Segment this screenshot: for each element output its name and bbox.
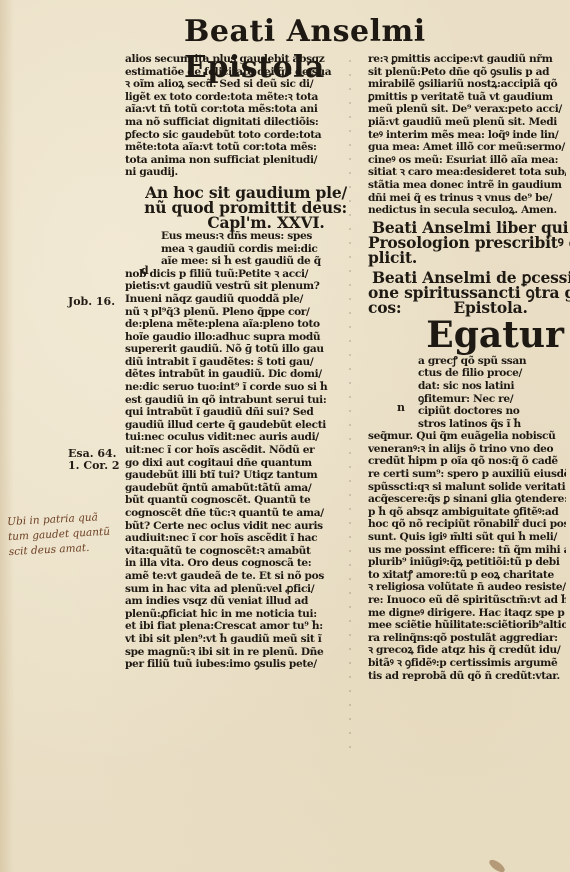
text-line: cineꝰ os meũ: Esuriat illõ aĩa mea: — [368, 154, 566, 167]
text-line: de:plena mẽte:plena aĩa:pleno toto — [125, 318, 347, 331]
left-column-opening-paragraph: alios secum:ita plus gaudebit absqzestim… — [125, 53, 347, 179]
text-line: uit:nec ĩ cor hoĩs ascẽdit. Nõdũ er — [125, 444, 347, 457]
text-line: to xitatꝭ amore:tũ p eoꝝ charitate — [368, 569, 566, 582]
text-line: estimatiõe de felicitate dei q̃3 de sua — [125, 66, 347, 79]
text-line: supererit gaudiũ. Nõ ḡ totũ illo gau — [125, 343, 347, 356]
text-line: sunt. Quis igiꝰ m̃lti sũt qui h̃ meli/ — [368, 531, 566, 544]
text-line: hoc qõ nõ recipiũt rõnabilr̃ duci pos — [368, 518, 566, 531]
explicit-heading-line-3: plicit. — [368, 250, 566, 265]
text-line: gaudebũt q̃ntũ amabũt:tãtũ ama/ — [125, 482, 347, 495]
paper-stain — [487, 858, 506, 872]
text-line: meũ plenũ sit. De⁹ verax:peto acci/ — [368, 103, 566, 116]
text-line: us me possint efficere: tñ q̃m mihi a — [368, 544, 566, 557]
book-page: Beati Anselmi Epistola alios secum:ita p… — [0, 0, 570, 872]
right-column-epistola-body: seq̃mur. Qui q̃m euãgelia nobiscũveneran… — [368, 430, 566, 682]
text-line: sum in hac vita ad plenũ:vel ꝓfici/ — [125, 583, 347, 596]
text-line: re:ꝛ ꝑmittis accipe:vt gaudiũ nr̃m — [368, 53, 566, 66]
text-line: tis ad reprobã dũ qõ ñ credũt:vtar. — [368, 670, 566, 683]
text-line: et ibi fiat plena:Crescat amor tu⁹ h̃: — [125, 620, 347, 633]
text-line: re: Inuoco eũ dẽ spiritũsctm̃:vt ad h̃ — [368, 594, 566, 607]
text-line: stros latinos q̃s ĩ h̃ — [368, 418, 566, 431]
text-line: nedictus in secula seculoꝝ. Amen. — [368, 204, 566, 217]
text-line: piã:vt gaudiũ meũ plenũ sit. Medi — [368, 116, 566, 129]
left-text-column: alios secum:ita plus gaudebit absqzestim… — [125, 53, 347, 671]
text-line: nob dicis p filiũ tuũ:Petite ꝛ acci/ — [125, 268, 347, 281]
text-line: ꝛ grecoꝝ fide atqz his q̃ credũt idu/ — [368, 644, 566, 657]
text-line: ra relinq̃ns:qõ postulãt aggrediar: — [368, 632, 566, 645]
text-line: amẽ te:vt gaudeã de te. Et si nõ pos — [125, 570, 347, 583]
text-line: dat: sic nos latini — [368, 380, 566, 393]
text-line: ꝑmittis p veritatẽ tuã vt gaudium — [368, 91, 566, 104]
text-line: per filiũ tuũ iubes:imo ꝯsulis pete/ — [125, 658, 347, 671]
text-line: bitãꝰ ꝛ ꝯfidẽꝰ:p certissimis argumẽ — [368, 657, 566, 670]
text-line: tui:nec oculus vidit:nec auris audi/ — [125, 431, 347, 444]
text-line: qui intrabũt ĩ gaudiũ dñi sui? Sed — [125, 406, 347, 419]
page-edge-shadow — [0, 0, 14, 872]
text-line: audiuit:nec ĩ cor hoĩs ascẽdit ĩ hac — [125, 532, 347, 545]
text-line: re certi sum⁹: spero p auxiliũ eiusdẽ — [368, 468, 566, 481]
text-line: vt ibi sit plen⁹:vt h̃ gaudiũ meũ sit ĩ — [125, 633, 347, 646]
right-column-closing-paragraph: re:ꝛ ꝑmittis accipe:vt gaudiũ nr̃msit pl… — [368, 53, 566, 217]
right-column-indented-lines: a grecꝭ qõ spũ ssanctus de filio proce/d… — [368, 355, 566, 431]
text-line: sit plenũ:Peto dñe qõ ꝯsulis p ad — [368, 66, 566, 79]
handwritten-marginal-note: Ubi in patria quã tum gaudet quantũ scit… — [7, 509, 127, 560]
text-line: mirabilẽ ꝯsiliariũ nostꝝ:accipiã qõ — [368, 78, 566, 91]
text-line: aĩa:vt tñ totũ cor:tota mẽs:tota ani — [125, 103, 347, 116]
gutter-texture — [349, 60, 351, 750]
text-line: plurib⁹ iniũgiꝰ:q̃ꝝ petitiõi:tũ p debi — [368, 556, 566, 569]
text-line: spũsscti:qꝛ si malunt solide veritati — [368, 481, 566, 494]
text-line: diũ intrabit ĩ gaudẽtes: s̃ toti gau/ — [125, 356, 347, 369]
text-line: alios secum:ita plus gaudebit absqz — [125, 53, 347, 66]
text-line: ꝛ religiosa volũtate ñ audeo resiste/ — [368, 581, 566, 594]
text-line: a grecꝭ qõ spũ ssan — [368, 355, 566, 368]
text-line: sitiat ꝛ caro mea:desideret tota sub/ — [368, 166, 566, 179]
text-line: ni gaudij. — [125, 166, 347, 179]
margin-ref-job: Job. 16. — [68, 296, 115, 309]
text-line: ne:dic seruo tuo:int⁹ ĩ corde suo si h̃ — [125, 381, 347, 394]
right-text-column: re:ꝛ ꝑmittis accipe:vt gaudiũ nr̃msit pl… — [368, 53, 566, 682]
text-line: spe magnũ:ꝛ ibi sit in re plenũ. Dñe — [125, 646, 347, 659]
text-line: go dixi aut cogitaui dñe quantum — [125, 457, 347, 470]
text-line: teꝰ interim mẽs mea: loq̃ꝰ inde lin/ — [368, 129, 566, 142]
text-line: bũt quantũ cognoscẽt. Quantũ te — [125, 494, 347, 507]
text-line: am indies vsqz dũ veniat illud ad — [125, 595, 347, 608]
text-line: mẽte:tota aĩa:vt totũ cor:tota mẽs: — [125, 141, 347, 154]
text-line: tota anima non sufficiat plenitudi/ — [125, 154, 347, 167]
text-line: veneranꝰ:ꝛ in alijs õ trino vno deo — [368, 443, 566, 456]
guide-letter-n: n — [397, 402, 405, 415]
chapter-number: Capl'm. XXVI. — [125, 215, 347, 230]
text-line: dñi mei q̃ es trinus ꝛ vnus de⁹ be/ — [368, 192, 566, 205]
text-line: me digneꝰ dirigere. Hac itaqz spe p — [368, 607, 566, 620]
text-line: ctus de filio proce/ — [368, 367, 566, 380]
text-line: cognoscẽt dñe tũc:ꝛ quantũ te ama/ — [125, 507, 347, 520]
margin-ref-cor: 1. Cor. 2 — [68, 460, 120, 473]
text-line: p h̃ qõ absqz ambiguitate ꝯfitẽꝰ:ad — [368, 506, 566, 519]
text-line: nũ ꝛ pl⁹q̃3 plenũ. Pleno q̃ppe cor/ — [125, 306, 347, 319]
text-line: gaudebũt illi btĩ tui? Utiqz tantum — [125, 469, 347, 482]
left-column-chapter-body: Eus meus:ꝛ dñs meus: spesmea ꝛ gaudiũ co… — [125, 230, 347, 671]
text-line: ꝑfecto sic gaudebũt toto corde:tota — [125, 129, 347, 142]
text-line: stãtia mea donec intrẽ in gaudium — [368, 179, 566, 192]
text-line: ligẽt ex toto corde:tota mẽte:ꝛ tota — [125, 91, 347, 104]
text-line: bũt? Certe nec oclus vidit nec auris — [125, 520, 347, 533]
text-line: ꝛ oĩm alioꝝ secũ. Sed si deũ sic di/ — [125, 78, 347, 91]
text-line: mee sciẽtie hũilitate:sciẽtiorib⁹altio/ — [368, 619, 566, 632]
text-line: seq̃mur. Qui q̃m euãgelia nobiscũ — [368, 430, 566, 443]
text-line: ma nõ sufficiat dignitati dilectiõis: — [125, 116, 347, 129]
text-line: est gaudiũ in qõ intrabunt serui tui: — [125, 394, 347, 407]
text-line: pietis:vt gaudiũ vestrũ sit plenum? — [125, 280, 347, 293]
text-line: in illa vita. Oro deus cognoscã te: — [125, 557, 347, 570]
opening-word-egatur: Egatur — [368, 315, 566, 355]
text-line: vita:quãtũ te cognoscẽt:ꝛ amabũt — [125, 545, 347, 558]
text-line: gua mea: Amet illõ cor meũ:sermo/ — [368, 141, 566, 154]
text-line: mea ꝛ gaudiũ cordis mei:dic — [125, 243, 347, 256]
text-line: plenũ:ꝓficiat hic in me noticia tui: — [125, 608, 347, 621]
text-line: dẽtes intrabũt in gaudiũ. Dic domi/ — [125, 368, 347, 381]
text-line: acq̃escere:q̃s ꝑ sinani glia ꝯtendere: — [368, 493, 566, 506]
text-line: credũt h̃ipm p oĩa qõ nos:q̃ õ cadẽ — [368, 455, 566, 468]
guide-letter-d: d — [141, 265, 149, 278]
text-line: aĩe mee: si h̃ est gaudiũ de q̃ — [125, 255, 347, 268]
text-line: hoĩe gaudio illo:adhuc supra modũ — [125, 331, 347, 344]
text-line: gaudiũ illud certe q̃ gaudebũt electi — [125, 419, 347, 432]
text-line: Inueni nãqz gaudiũ quoddã ple/ — [125, 293, 347, 306]
